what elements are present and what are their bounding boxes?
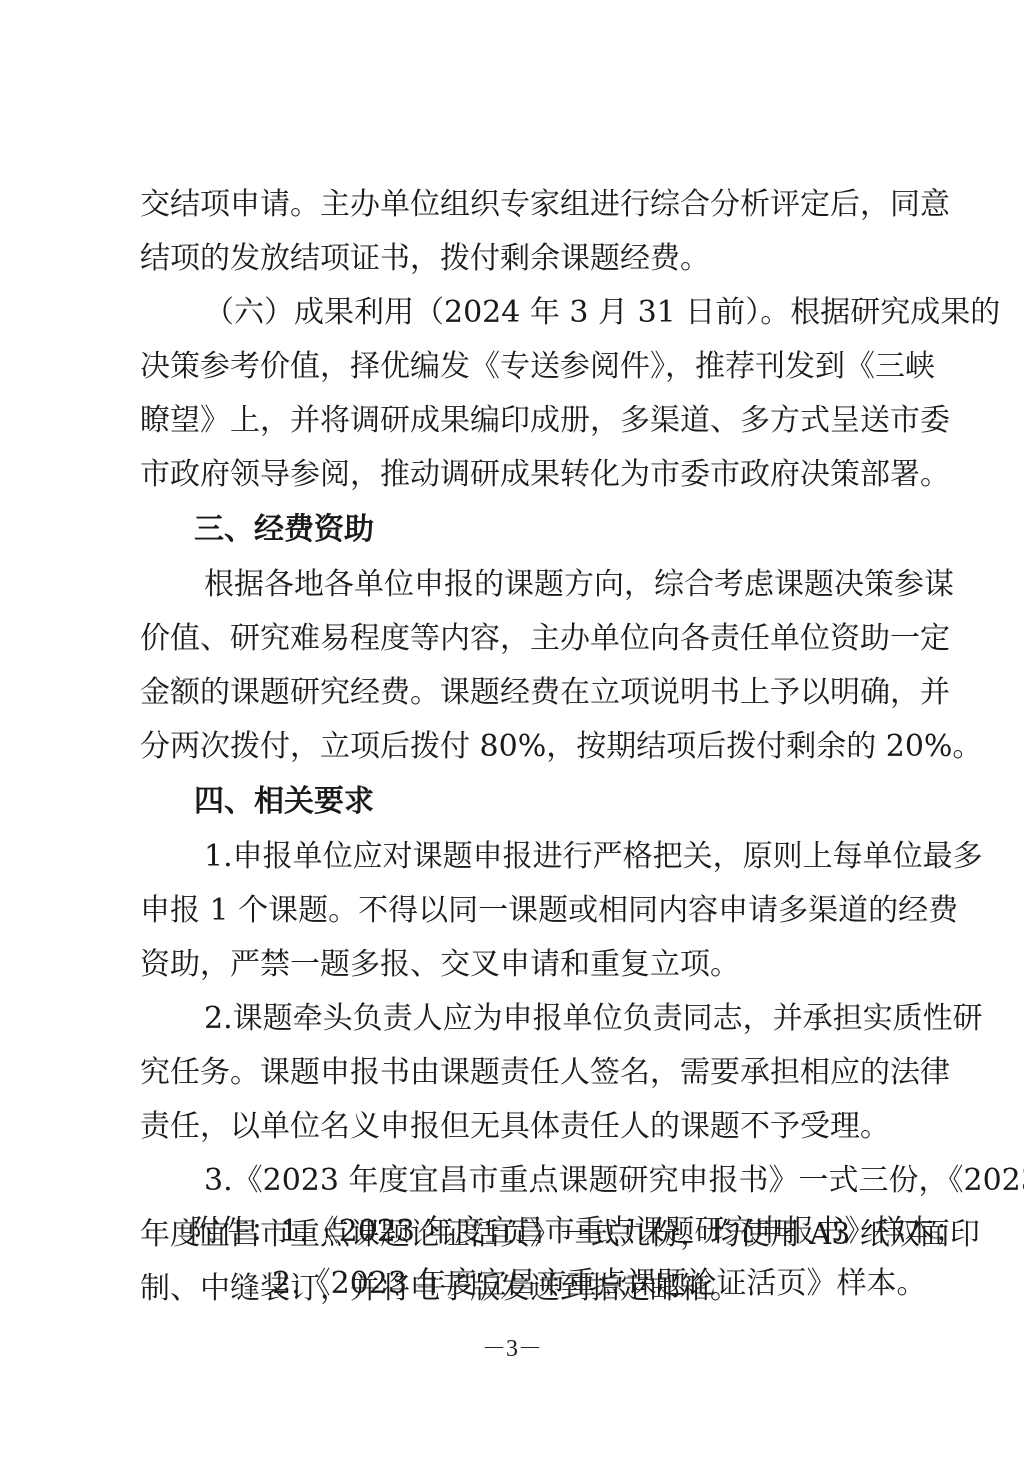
requirement-item-1: 1.申报单位应对课题申报进行严格把关，原则上每单位最多 申报 1 个课题。不得以… xyxy=(140,830,888,992)
text-line: 金额的课题研究经费。课题经费在立项说明书上予以明确，并 xyxy=(140,666,888,720)
attachment-item-1: 附件：1.《2023 年度宜昌市重点课题研究申报书》样本； xyxy=(190,1206,890,1258)
section-heading: 三、经费资助 xyxy=(140,502,888,558)
continuation-paragraph: 交结项申请。主办单位组织专家组进行综合分析评定后，同意 结项的发放结项证书，拨付… xyxy=(140,178,888,286)
section-6-paragraph: （六）成果利用（2024 年 3 月 31 日前）。根据研究成果的 决策参考价值… xyxy=(140,286,888,502)
text-line: 价值、研究难易程度等内容，主办单位向各责任单位资助一定 xyxy=(140,612,888,666)
text-line: 根据各地各单位申报的课题方向，综合考虑课题决策参谋 xyxy=(140,558,888,612)
section-3: 三、经费资助 根据各地各单位申报的课题方向，综合考虑课题决策参谋 价值、研究难易… xyxy=(140,502,888,774)
text-line: 申报 1 个课题。不得以同一课题或相同内容申请多渠道的经费 xyxy=(140,884,888,938)
attachments-list: 附件：1.《2023 年度宜昌市重点课题研究申报书》样本； 2.《2023 年度… xyxy=(190,1206,890,1310)
document-body: 交结项申请。主办单位组织专家组进行综合分析评定后，同意 结项的发放结项证书，拨付… xyxy=(140,178,888,1316)
attachment-text: 1.《2023 年度宜昌市重点课题研究申报书》样本； xyxy=(280,1214,965,1249)
attachment-text: 2.《2023 年度宜昌市重点课题论证活页》样本。 xyxy=(272,1266,927,1301)
requirement-item-2: 2.课题牵头负责人应为申报单位负责同志，并承担实质性研 究任务。课题申报书由课题… xyxy=(140,992,888,1154)
text-line: 1.申报单位应对课题申报进行严格把关，原则上每单位最多 xyxy=(140,830,888,884)
text-line: 瞭望》上，并将调研成果编印成册，多渠道、多方式呈送市委 xyxy=(140,394,888,448)
text-line: 市政府领导参阅，推动调研成果转化为市委市政府决策部署。 xyxy=(140,448,888,502)
text-line: 分两次拨付，立项后拨付 80%，按期结项后拨付剩余的 20%。 xyxy=(140,720,888,774)
section-heading: 四、相关要求 xyxy=(140,774,888,830)
text-line: 决策参考价值，择优编发《专送参阅件》，推荐刊发到《三峡 xyxy=(140,340,888,394)
attachment-item-2: 2.《2023 年度宜昌市重点课题论证活页》样本。 xyxy=(190,1258,890,1310)
text-line: （六）成果利用（2024 年 3 月 31 日前）。根据研究成果的 xyxy=(140,286,888,340)
text-line: 资助，严禁一题多报、交叉申请和重复立项。 xyxy=(140,938,888,992)
text-line: 结项的发放结项证书，拨付剩余课题经费。 xyxy=(140,232,888,286)
text-line: 责任，以单位名义申报但无具体责任人的课题不予受理。 xyxy=(140,1100,888,1154)
text-line: 交结项申请。主办单位组织专家组进行综合分析评定后，同意 xyxy=(140,178,888,232)
text-line: 2.课题牵头负责人应为申报单位负责同志，并承担实质性研 xyxy=(140,992,888,1046)
text-line: 究任务。课题申报书由课题责任人签名，需要承担相应的法律 xyxy=(140,1046,888,1100)
text-line: 3.《2023 年度宜昌市重点课题研究申报书》一式三份，《2023 xyxy=(140,1154,888,1208)
page-number: －3－ xyxy=(0,1328,1024,1363)
attachments-label: 附件： xyxy=(190,1214,280,1249)
